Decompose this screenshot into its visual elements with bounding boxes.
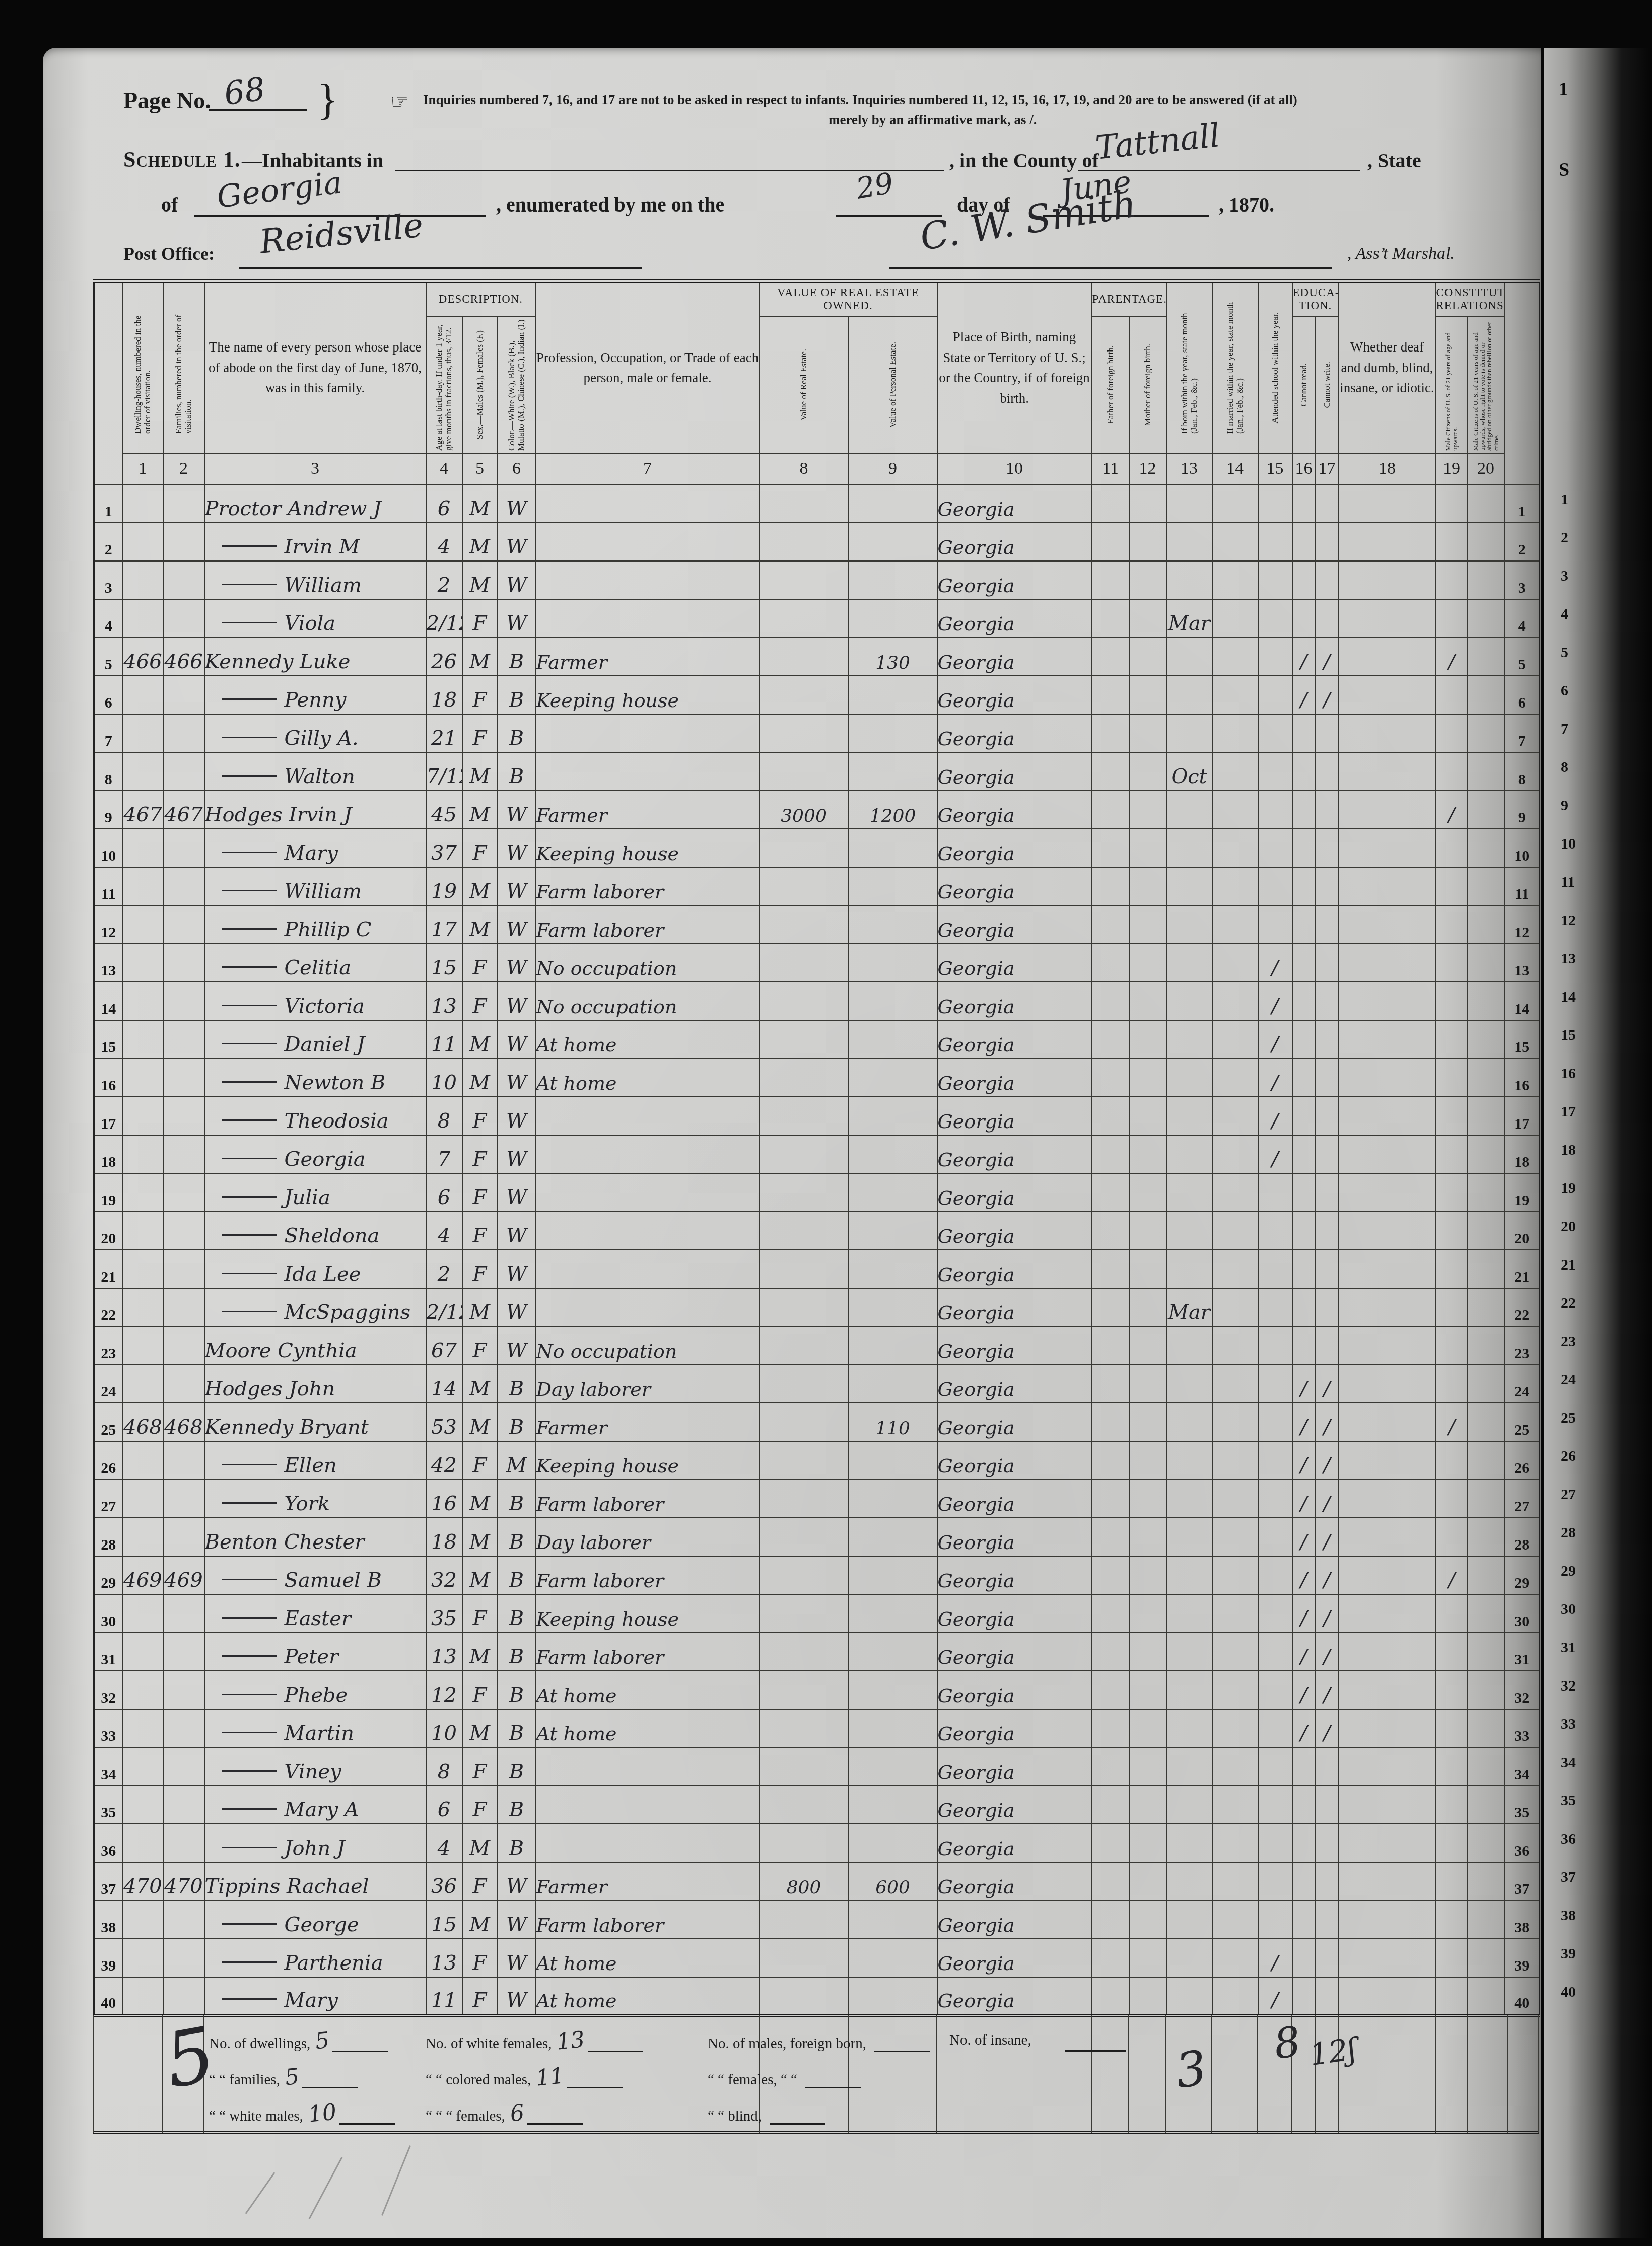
cell-b13 <box>1166 1594 1212 1633</box>
cell-c19 <box>1436 1097 1468 1135</box>
footer-line: “ “ white males,10“ “ “ females,6“ “ bli… <box>209 2100 990 2125</box>
cell-s15 <box>1258 714 1292 752</box>
cell-b13 <box>1166 1709 1212 1747</box>
cell-occ <box>536 1786 760 1824</box>
cell-c20 <box>1468 1939 1504 1977</box>
col-header-personal-estate: Value of Personal Estate. <box>849 316 937 453</box>
cell-re <box>760 638 849 676</box>
cell-c20 <box>1468 1173 1504 1212</box>
cell-name: Georgia <box>204 1135 426 1173</box>
cell-col: B <box>498 1671 536 1709</box>
cell-occ: Day laborer <box>536 1518 760 1556</box>
ditto-dash <box>222 966 277 968</box>
cell-re <box>760 1441 849 1480</box>
cell-sex: M <box>462 1059 498 1097</box>
cell-occ: Farm laborer <box>536 905 760 944</box>
adjacent-row-number: 39 <box>1561 1945 1576 1962</box>
footer-column-rule <box>1467 2015 1468 2133</box>
column-number-8: 8 <box>760 453 849 484</box>
ditto-dash <box>222 890 277 891</box>
cell-f11 <box>1092 599 1129 638</box>
cell-col: W <box>498 599 536 638</box>
table-row: 11William19MWFarm laborerGeorgia11 <box>94 867 1540 905</box>
cell-c20 <box>1468 1288 1504 1326</box>
cell-re <box>760 561 849 599</box>
cell-bir: Georgia <box>937 1709 1092 1747</box>
cell-occ: Farmer <box>536 791 760 829</box>
cell-b14 <box>1212 676 1258 714</box>
cell-dw: 469 <box>123 1556 163 1594</box>
cell-b14 <box>1212 1020 1258 1059</box>
cell-w17 <box>1316 1173 1339 1212</box>
cell-col: W <box>498 1212 536 1250</box>
cell-sex: F <box>462 1939 498 1977</box>
cell-r16: / <box>1292 1709 1316 1747</box>
row-number-left: 29 <box>94 1556 123 1594</box>
cell-dw <box>123 1173 163 1212</box>
cell-w17 <box>1316 1977 1339 2015</box>
cell-sex: F <box>462 1977 498 2015</box>
cell-s15 <box>1258 1556 1292 1594</box>
footer-scribble: 3 <box>1173 2040 1210 2099</box>
cell-b14 <box>1212 752 1258 791</box>
adjacent-row-number: 13 <box>1561 950 1576 967</box>
cell-age: 36 <box>426 1862 462 1901</box>
cell-b13 <box>1166 1901 1212 1939</box>
column-number-4: 4 <box>426 453 462 484</box>
adjacent-row-number: 10 <box>1561 835 1576 853</box>
cell-re <box>760 982 849 1020</box>
row-number-left: 13 <box>94 944 123 982</box>
cell-b14 <box>1212 1824 1258 1862</box>
cell-c20 <box>1468 1518 1504 1556</box>
cell-re <box>760 752 849 791</box>
cell-bir: Georgia <box>937 905 1092 944</box>
cell-dw <box>123 1020 163 1059</box>
cell-sex: F <box>462 1594 498 1633</box>
cell-age: 13 <box>426 1633 462 1671</box>
cell-dw <box>123 1441 163 1480</box>
adjacent-row-number: 5 <box>1561 644 1568 661</box>
cell-b14 <box>1212 1594 1258 1633</box>
cell-b13 <box>1166 1671 1212 1709</box>
cell-col: W <box>498 1862 536 1901</box>
cell-fam <box>163 1020 204 1059</box>
cell-d18 <box>1339 1480 1436 1518</box>
cell-re <box>760 905 849 944</box>
cell-r16 <box>1292 829 1316 867</box>
cell-name: Samuel B <box>204 1556 426 1594</box>
cell-b13 <box>1166 561 1212 599</box>
ditto-dash <box>222 1617 277 1619</box>
cell-s15 <box>1258 1709 1292 1747</box>
cell-r16 <box>1292 1212 1316 1250</box>
cell-age: 8 <box>426 1747 462 1786</box>
cell-w17: / <box>1316 1671 1339 1709</box>
cell-c20 <box>1468 676 1504 714</box>
cell-bir: Georgia <box>937 791 1092 829</box>
cell-bir: Georgia <box>937 1901 1092 1939</box>
cell-b14 <box>1212 1250 1258 1288</box>
table-row: 5466466Kennedy Luke26MBFarmer130Georgia/… <box>94 638 1540 676</box>
cell-sex: F <box>462 1786 498 1824</box>
cell-r16 <box>1292 1020 1316 1059</box>
cell-name: Walton <box>204 752 426 791</box>
cell-re <box>760 523 849 561</box>
cell-d18 <box>1339 1939 1436 1977</box>
column-number-19: 19 <box>1436 453 1468 484</box>
cell-c19 <box>1436 1250 1468 1288</box>
cell-f11 <box>1092 1671 1129 1709</box>
cell-c20 <box>1468 599 1504 638</box>
row-number-left: 6 <box>94 676 123 714</box>
cell-b13 <box>1166 1020 1212 1059</box>
cell-sex: F <box>462 1250 498 1288</box>
cell-c20 <box>1468 1326 1504 1365</box>
cell-d18 <box>1339 638 1436 676</box>
cell-c20 <box>1468 1556 1504 1594</box>
cell-d18 <box>1339 1977 1436 2015</box>
row-number-right: 31 <box>1504 1633 1540 1671</box>
cell-b13 <box>1166 676 1212 714</box>
cell-fam <box>163 1977 204 2015</box>
cell-dw <box>123 1824 163 1862</box>
cell-pe <box>849 1977 937 2015</box>
cell-age: 4 <box>426 1824 462 1862</box>
cell-pe <box>849 1939 937 1977</box>
cell-dw: 468 <box>123 1403 163 1441</box>
column-number-16: 16 <box>1292 453 1316 484</box>
cell-occ: No occupation <box>536 982 760 1020</box>
cell-re <box>760 1365 849 1403</box>
cell-re <box>760 1480 849 1518</box>
row-number-right: 2 <box>1504 523 1540 561</box>
cell-re: 800 <box>760 1862 849 1901</box>
cell-sex: F <box>462 1097 498 1135</box>
cell-r16 <box>1292 867 1316 905</box>
cell-r16: / <box>1292 638 1316 676</box>
cell-age: 32 <box>426 1556 462 1594</box>
adjacent-row-number: 22 <box>1561 1295 1576 1312</box>
cell-dw <box>123 867 163 905</box>
cell-col: B <box>498 1709 536 1747</box>
col-header-birthplace: Place of Birth, naming State or Territor… <box>937 281 1092 453</box>
cell-occ <box>536 1747 760 1786</box>
cell-dw <box>123 1097 163 1135</box>
ditto-dash <box>222 622 277 623</box>
table-row: 30Easter35FBKeeping houseGeorgia//30 <box>94 1594 1540 1633</box>
cell-col: B <box>498 1824 536 1862</box>
cell-pe: 1200 <box>849 791 937 829</box>
cell-r16 <box>1292 1901 1316 1939</box>
cell-r16 <box>1292 1862 1316 1901</box>
cell-d18 <box>1339 523 1436 561</box>
cell-m12 <box>1129 1939 1166 1977</box>
cell-f11 <box>1092 1212 1129 1250</box>
cell-b13 <box>1166 905 1212 944</box>
cell-m12 <box>1129 599 1166 638</box>
cell-fam <box>163 599 204 638</box>
cell-col: W <box>498 1901 536 1939</box>
table-row: 10Mary37FWKeeping houseGeorgia10 <box>94 829 1540 867</box>
cell-fam <box>163 1135 204 1173</box>
cell-b14 <box>1212 1403 1258 1441</box>
cell-sex: M <box>462 484 498 523</box>
column-number-5: 5 <box>462 453 498 484</box>
cell-b13 <box>1166 1556 1212 1594</box>
cell-age: 15 <box>426 1901 462 1939</box>
state-word: , State <box>1367 149 1421 172</box>
cell-w17: / <box>1316 676 1339 714</box>
row-number-right: 33 <box>1504 1709 1540 1747</box>
cell-name: Viney <box>204 1747 426 1786</box>
cell-re <box>760 1709 849 1747</box>
col-header-age: Age at last birth-day. If under 1 year, … <box>426 316 462 453</box>
footer-item-label: No. of white females, <box>426 2036 552 2052</box>
cell-f11 <box>1092 1480 1129 1518</box>
cell-re <box>760 1939 849 1977</box>
cell-c19 <box>1436 1901 1468 1939</box>
cell-d18 <box>1339 982 1436 1020</box>
cell-pe <box>849 982 937 1020</box>
adjacent-header-fragment: S <box>1559 159 1569 181</box>
table-row: 32Phebe12FBAt homeGeorgia//32 <box>94 1671 1540 1709</box>
brace-glyph: } <box>317 74 338 124</box>
cell-sex: F <box>462 676 498 714</box>
cell-pe <box>849 1250 937 1288</box>
cell-c19 <box>1436 1786 1468 1824</box>
cell-d18 <box>1339 1786 1436 1824</box>
cell-d18 <box>1339 1326 1436 1365</box>
cell-m12 <box>1129 1518 1166 1556</box>
cell-b13 <box>1166 714 1212 752</box>
cell-name: York <box>204 1480 426 1518</box>
cell-m12 <box>1129 1288 1166 1326</box>
cell-s15: / <box>1258 982 1292 1020</box>
cell-fam <box>163 1326 204 1365</box>
cell-m12 <box>1129 1671 1166 1709</box>
adjacent-row-number: 29 <box>1561 1563 1576 1580</box>
group-header-description: Description. <box>426 281 536 316</box>
cell-c20 <box>1468 1480 1504 1518</box>
cell-occ <box>536 1288 760 1326</box>
cell-s15 <box>1258 791 1292 829</box>
cell-b13 <box>1166 638 1212 676</box>
cell-occ: Farmer <box>536 638 760 676</box>
cell-col: W <box>498 1250 536 1288</box>
cell-fam: 468 <box>163 1403 204 1441</box>
cell-bir: Georgia <box>937 1824 1092 1862</box>
cell-dw <box>123 484 163 523</box>
cell-b13 <box>1166 982 1212 1020</box>
cell-s15 <box>1258 1365 1292 1403</box>
cell-b13 <box>1166 1365 1212 1403</box>
cell-fam <box>163 1480 204 1518</box>
cell-name: Proctor Andrew J <box>204 484 426 523</box>
cell-dw: 467 <box>123 791 163 829</box>
row-number-right: 30 <box>1504 1594 1540 1633</box>
of-word: of <box>161 193 178 217</box>
footer-item-label: “ “ females, “ “ <box>708 2072 797 2088</box>
cell-m12 <box>1129 1403 1166 1441</box>
row-number-right: 15 <box>1504 1020 1540 1059</box>
cell-bir: Georgia <box>937 752 1092 791</box>
cell-w17 <box>1316 1097 1339 1135</box>
cell-c19: / <box>1436 1556 1468 1594</box>
cell-age: 6 <box>426 484 462 523</box>
cell-f11 <box>1092 1288 1129 1326</box>
cell-d18 <box>1339 867 1436 905</box>
cell-re <box>760 1901 849 1939</box>
cell-w17 <box>1316 791 1339 829</box>
column-number-9: 9 <box>849 453 937 484</box>
adjacent-row-number: 1 <box>1561 491 1568 508</box>
footer-column-rule <box>1257 2015 1258 2133</box>
cell-m12 <box>1129 1097 1166 1135</box>
table-row: 26Ellen42FMKeeping houseGeorgia//26 <box>94 1441 1540 1480</box>
cell-c20 <box>1468 1212 1504 1250</box>
cell-c20 <box>1468 523 1504 561</box>
cell-dw <box>123 752 163 791</box>
cell-pe <box>849 1709 937 1747</box>
cell-c20 <box>1468 561 1504 599</box>
cell-sex: M <box>462 1288 498 1326</box>
cell-b14 <box>1212 1786 1258 1824</box>
footer-item: No. of males, foreign born, <box>708 2033 990 2052</box>
cell-s15 <box>1258 1633 1292 1671</box>
cell-name: Mary A <box>204 1786 426 1824</box>
table-row: 18Georgia7FWGeorgia/18 <box>94 1135 1540 1173</box>
cell-bir: Georgia <box>937 714 1092 752</box>
cell-pe <box>849 1671 937 1709</box>
cell-m12 <box>1129 1824 1166 1862</box>
cell-name: William <box>204 867 426 905</box>
cell-age: 7/12 <box>426 752 462 791</box>
row-number-right: 36 <box>1504 1824 1540 1862</box>
table-row: 3William2MWGeorgia3 <box>94 561 1540 599</box>
cell-s15 <box>1258 1441 1292 1480</box>
cell-bir: Georgia <box>937 982 1092 1020</box>
ditto-dash <box>222 1119 277 1121</box>
footer-column-rule <box>1128 2015 1129 2133</box>
cell-age: 12 <box>426 1671 462 1709</box>
cell-b14 <box>1212 1173 1258 1212</box>
group-header-constitutional: Constitutional Relations. <box>1436 281 1504 316</box>
cell-b13 <box>1166 1633 1212 1671</box>
cell-c20 <box>1468 1786 1504 1824</box>
cell-s15 <box>1258 676 1292 714</box>
cell-bir: Georgia <box>937 523 1092 561</box>
row-number-left: 1 <box>94 484 123 523</box>
cell-b13 <box>1166 1862 1212 1901</box>
cell-b14 <box>1212 1977 1258 2015</box>
cell-c19 <box>1436 1480 1468 1518</box>
cell-name: Victoria <box>204 982 426 1020</box>
cell-c19 <box>1436 982 1468 1020</box>
cell-d18 <box>1339 752 1436 791</box>
row-number-left: 30 <box>94 1594 123 1633</box>
footer-item-value: 11 <box>535 2063 566 2091</box>
cell-b13 <box>1166 1441 1212 1480</box>
cell-pe: 110 <box>849 1403 937 1441</box>
cell-c19 <box>1436 1288 1468 1326</box>
cell-pe <box>849 1212 937 1250</box>
cell-r16 <box>1292 1250 1316 1288</box>
cell-dw <box>123 1747 163 1786</box>
cell-name: Gilly A. <box>204 714 426 752</box>
cell-w17 <box>1316 944 1339 982</box>
cell-re <box>760 1097 849 1135</box>
cell-col: W <box>498 829 536 867</box>
cell-dw <box>123 1786 163 1824</box>
table-row: 35Mary A6FBGeorgia35 <box>94 1786 1540 1824</box>
cell-dw <box>123 1939 163 1977</box>
cell-b14 <box>1212 1059 1258 1097</box>
row-number-right: 5 <box>1504 638 1540 676</box>
cell-re <box>760 1518 849 1556</box>
cell-s15 <box>1258 638 1292 676</box>
table-row: 17Theodosia8FWGeorgia/17 <box>94 1097 1540 1135</box>
table-row: 9467467Hodges Irvin J45MWFarmer30001200G… <box>94 791 1540 829</box>
cell-f11 <box>1092 1594 1129 1633</box>
cell-m12 <box>1129 523 1166 561</box>
cell-f11 <box>1092 1556 1129 1594</box>
cell-col: W <box>498 1020 536 1059</box>
adjacent-header-fragment: 1 <box>1559 78 1568 100</box>
adjacent-row-number: 32 <box>1561 1677 1576 1695</box>
footer-item-underline <box>588 2033 643 2052</box>
cell-d18 <box>1339 1403 1436 1441</box>
cell-occ: At home <box>536 1709 760 1747</box>
footer-item-underline <box>339 2106 395 2125</box>
footer-column-rule <box>1165 2015 1166 2133</box>
cell-s15 <box>1258 752 1292 791</box>
cell-b14 <box>1212 714 1258 752</box>
row-number-right: 27 <box>1504 1480 1540 1518</box>
footer-column-rule <box>1538 2015 1539 2133</box>
table-row: 12Phillip C17MWFarm laborerGeorgia12 <box>94 905 1540 944</box>
cell-r16 <box>1292 714 1316 752</box>
adjacent-row-number: 31 <box>1561 1639 1576 1656</box>
cell-col: W <box>498 982 536 1020</box>
cell-pe <box>849 1594 937 1633</box>
cell-b14 <box>1212 944 1258 982</box>
cell-fam <box>163 1786 204 1824</box>
cell-bir: Georgia <box>937 1135 1092 1173</box>
adjacent-row-number: 34 <box>1561 1754 1576 1771</box>
cell-bir: Georgia <box>937 1671 1092 1709</box>
ditto-dash <box>222 1502 277 1504</box>
cell-col: W <box>498 1939 536 1977</box>
col-header-family: Families, numbered in the order of visit… <box>163 281 204 453</box>
cell-r16 <box>1292 1288 1316 1326</box>
cell-fam <box>163 1250 204 1288</box>
cell-re <box>760 599 849 638</box>
ditto-dash <box>222 1847 277 1848</box>
cell-dw <box>123 1135 163 1173</box>
cell-age: 2 <box>426 1250 462 1288</box>
cell-r16 <box>1292 1173 1316 1212</box>
row-number-left: 32 <box>94 1671 123 1709</box>
cell-c20 <box>1468 1059 1504 1097</box>
adjacent-row-number: 8 <box>1561 759 1568 776</box>
cell-r16 <box>1292 1135 1316 1173</box>
cell-col: W <box>498 561 536 599</box>
cell-fam <box>163 1059 204 1097</box>
cell-sex: F <box>462 714 498 752</box>
cell-fam: 470 <box>163 1862 204 1901</box>
cell-pe <box>849 1135 937 1173</box>
